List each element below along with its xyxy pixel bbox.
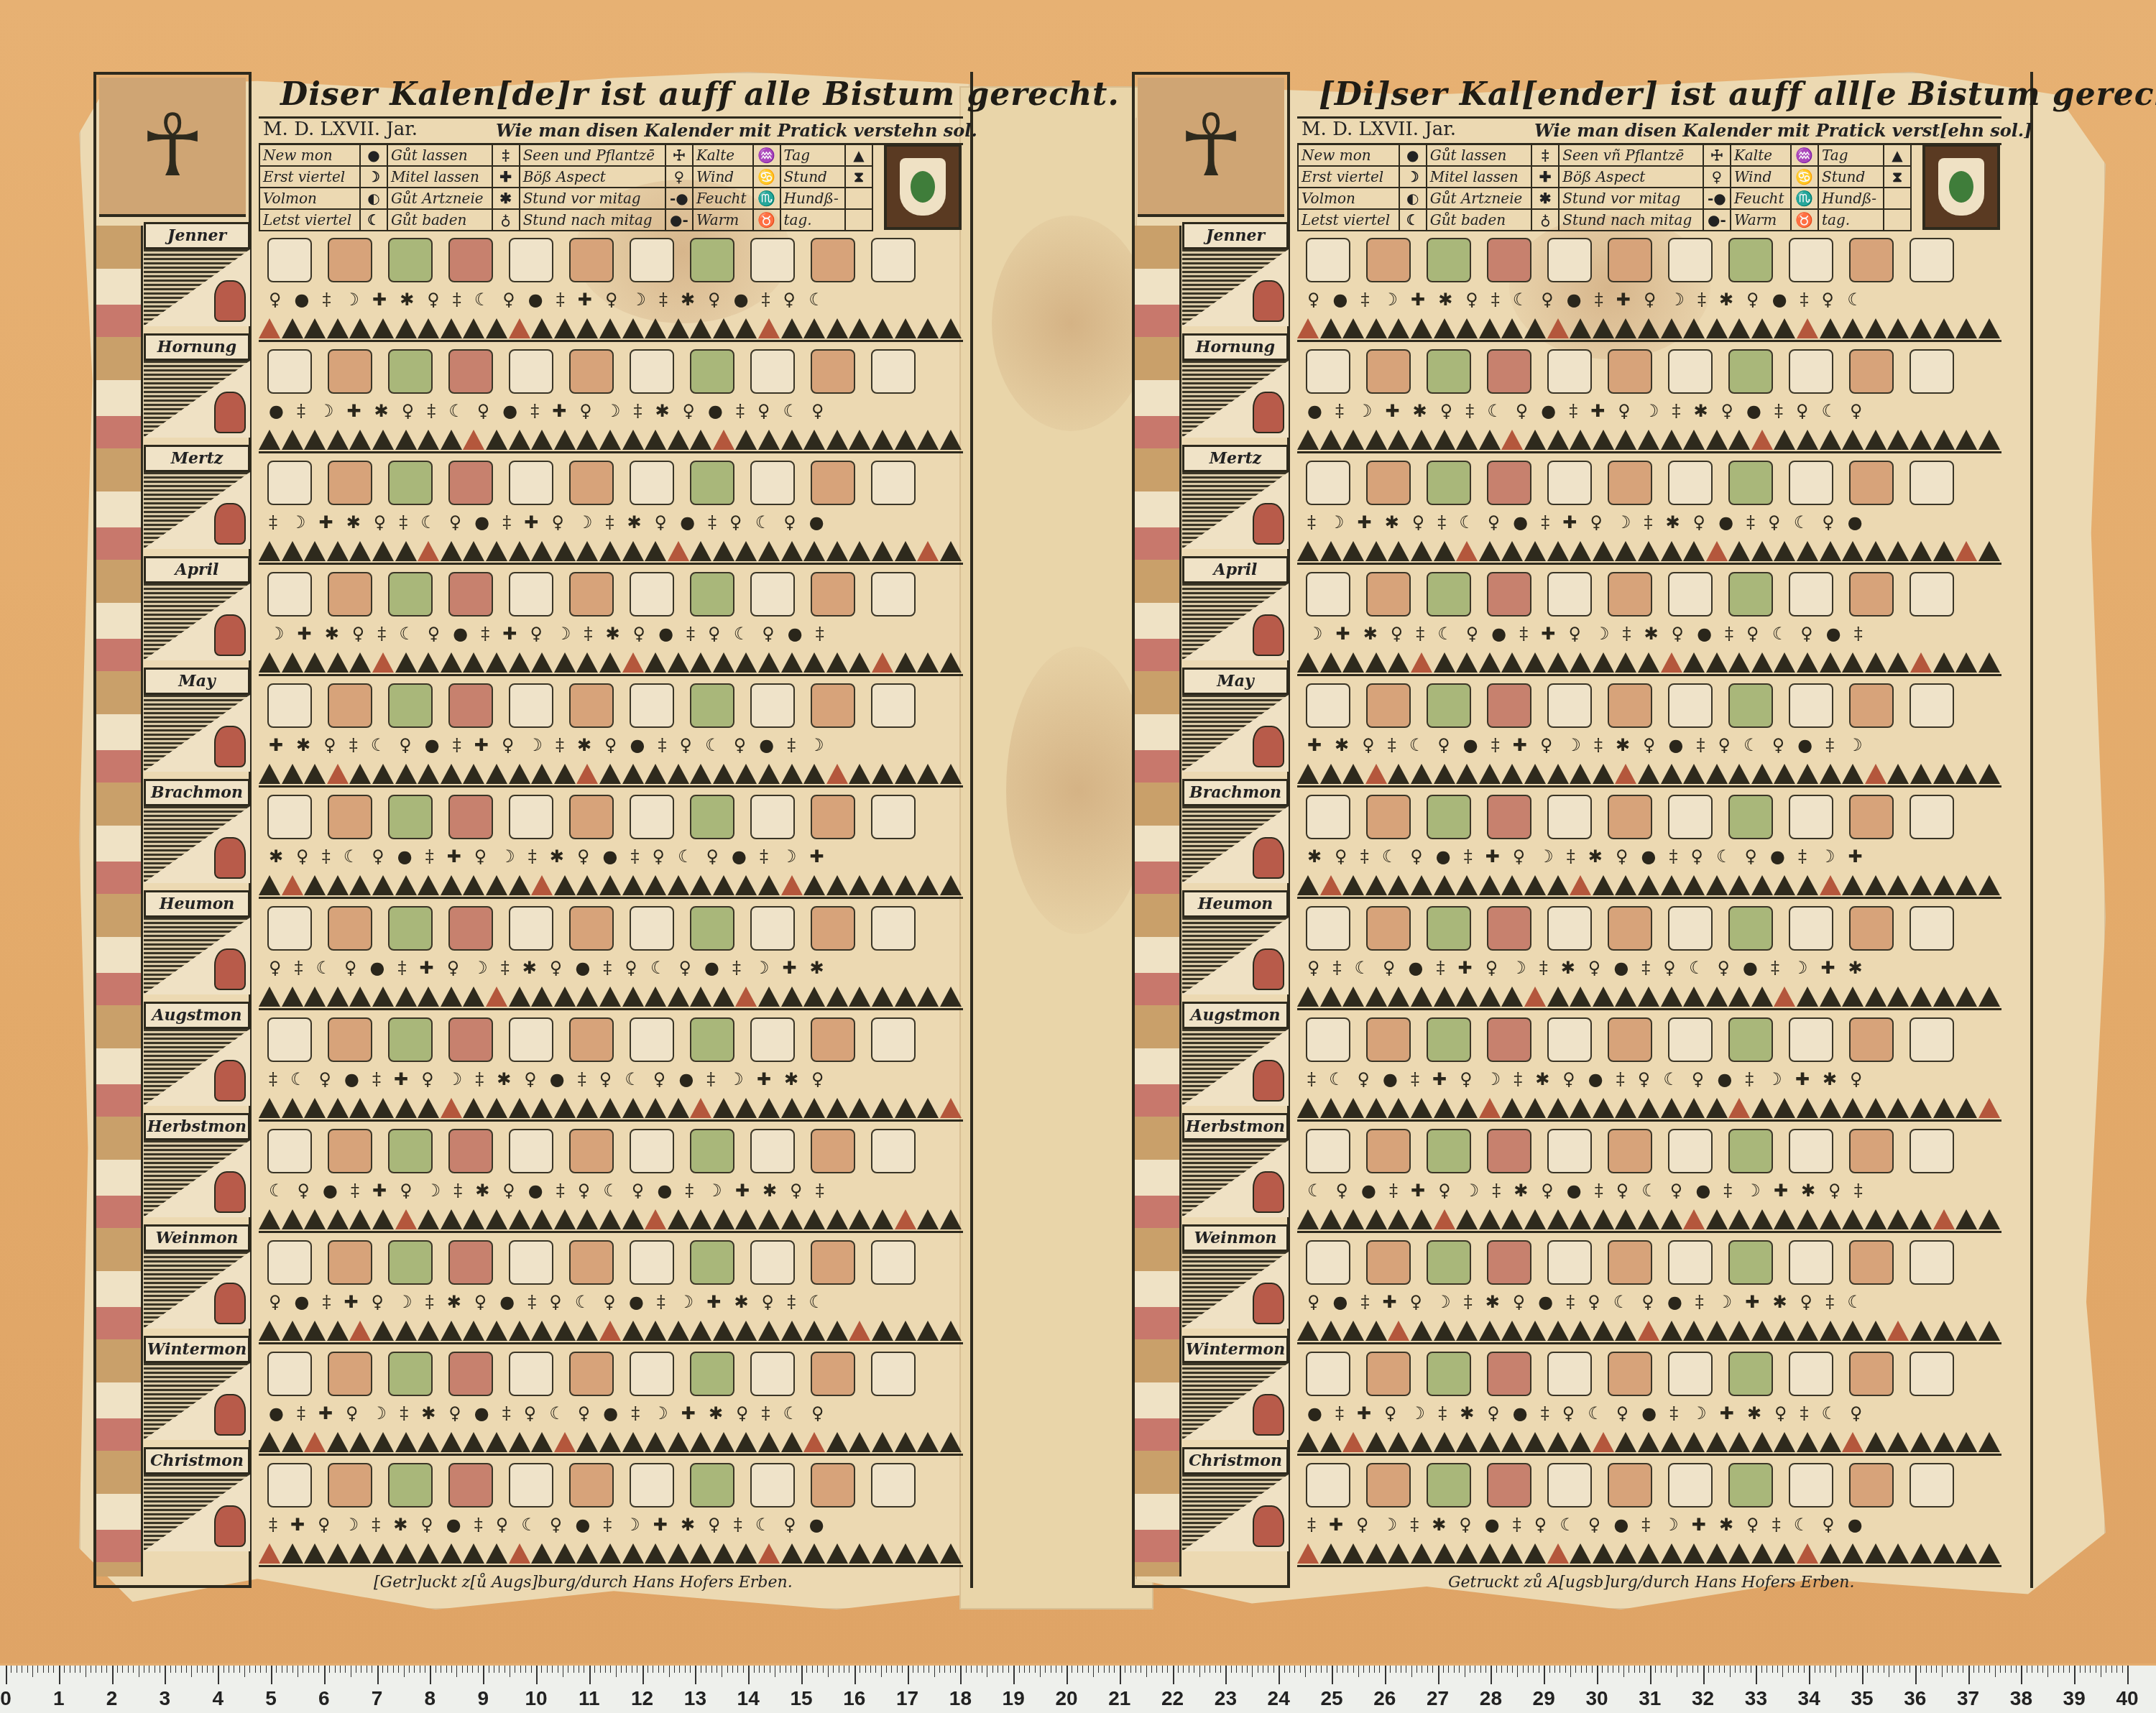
astro-symbol-icon: ‡ xyxy=(297,1403,305,1429)
astro-symbol-icon: ‡ xyxy=(762,1403,770,1429)
figure-icon xyxy=(1253,1283,1284,1324)
calendar-month-row: ♀‡☾♀●‡✚♀☽‡✱♀●‡♀☾♀●‡☽✚✱ xyxy=(259,902,963,1013)
day-triangle-icon xyxy=(1320,987,1342,1007)
astro-symbol-icon: ♀ xyxy=(1828,1181,1841,1206)
day-triangle-icon xyxy=(917,1209,939,1229)
month-panel-wintermon: Wintermon xyxy=(1182,1336,1290,1440)
astro-symbol-icon: ‡ xyxy=(1307,1069,1316,1095)
day-triangle-icon xyxy=(1501,1098,1523,1118)
day-triangle-icon xyxy=(1638,1321,1659,1341)
astro-symbol-icon: ♀ xyxy=(346,1403,359,1429)
day-triangle-icon xyxy=(486,1543,507,1564)
day-triangle-icon xyxy=(826,318,848,338)
ruler-tick xyxy=(1793,1666,1794,1673)
month-panel-april: April xyxy=(1182,556,1290,660)
day-triangle-icon xyxy=(1524,1209,1546,1229)
day-triangle-icon xyxy=(531,987,553,1007)
ruler-tick xyxy=(139,1666,139,1677)
astro-symbol-icon: ‡ xyxy=(425,1292,434,1318)
day-triangle-icon xyxy=(1593,652,1614,673)
ruler-tick xyxy=(1581,1666,1582,1673)
legend-symbol-icon xyxy=(1884,188,1911,209)
month-panel-heumon: Heumon xyxy=(1182,890,1290,994)
saint-pictogram-icon xyxy=(1608,1463,1652,1507)
day-triangle-icon xyxy=(1570,1098,1591,1118)
saint-pictogram-icon xyxy=(388,238,433,282)
astro-symbol-icon: ♀ xyxy=(372,846,384,872)
day-triangle-icon xyxy=(1661,1321,1682,1341)
saint-pictogram-icon xyxy=(1487,572,1531,617)
astro-symbol-icon: ● xyxy=(1333,1292,1348,1318)
ruler-tick xyxy=(1713,1666,1714,1673)
legend-label: Hundß- xyxy=(1818,188,1884,209)
legend-label: Böß Aspect xyxy=(1559,166,1703,188)
day-triangle-icon xyxy=(531,1321,553,1341)
figure-icon xyxy=(214,1505,246,1547)
saint-day-pictograms xyxy=(1297,1463,2010,1513)
astro-symbol-icon: ♀ xyxy=(1459,1515,1472,1541)
day-triangle-icon xyxy=(1615,541,1636,561)
day-triangle-icon xyxy=(849,764,870,784)
ruler-tick xyxy=(886,1666,887,1673)
day-triangle-icon xyxy=(395,1321,417,1341)
saint-pictogram-icon xyxy=(1366,1352,1411,1396)
day-triangle-icon xyxy=(622,1209,644,1229)
saint-pictogram-icon xyxy=(1909,683,1954,728)
legend-symbol-icon: ♉ xyxy=(1791,209,1818,231)
ruler-tick xyxy=(1697,1666,1698,1673)
day-triangle-icon xyxy=(1797,764,1818,784)
month-panel-weinmon: Weinmon xyxy=(1182,1224,1290,1329)
day-triangle-row xyxy=(1297,318,2001,342)
month-panel-christmon: Christmon xyxy=(144,1447,252,1551)
astro-symbol-icon: ‡ xyxy=(528,1292,536,1318)
day-triangle-icon xyxy=(599,987,621,1007)
day-triangle-icon xyxy=(895,318,916,338)
ruler-tick xyxy=(1926,1666,1927,1673)
month-panel-hornung: Hornung xyxy=(144,333,252,438)
ruler-tick xyxy=(998,1666,998,1673)
day-triangle-icon xyxy=(1638,1432,1659,1452)
day-triangle-icon xyxy=(1524,541,1546,561)
day-triangle-icon xyxy=(1774,764,1795,784)
foxing-stain xyxy=(1006,647,1150,934)
saint-pictogram-icon xyxy=(267,683,312,728)
saint-pictogram-icon xyxy=(448,1352,493,1396)
day-triangle-icon xyxy=(1774,1209,1795,1229)
day-triangle-icon xyxy=(1820,430,1841,450)
day-triangle-icon xyxy=(1978,1543,2000,1564)
day-triangle-icon xyxy=(872,875,893,895)
day-triangle-icon xyxy=(668,1098,689,1118)
figure-icon xyxy=(1253,1394,1284,1436)
day-triangle-icon xyxy=(1388,1432,1409,1452)
astrological-symbols: ‡✚♀☽‡✱♀●‡♀☾♀●‡☽✚✱♀‡☾♀● xyxy=(259,1515,973,1541)
day-triangle-icon xyxy=(1501,318,1523,338)
day-triangle-icon xyxy=(1933,430,1955,450)
day-triangle-icon xyxy=(509,875,530,895)
ruler-tick xyxy=(292,1666,293,1673)
ruler-tick xyxy=(37,1666,38,1673)
day-triangle-icon xyxy=(1593,1543,1614,1564)
astro-symbol-icon: ♀ xyxy=(399,735,412,761)
saint-day-pictograms xyxy=(1297,906,2010,956)
ruler-label: 37 xyxy=(1957,1687,1979,1710)
astro-symbol-icon: ♀ xyxy=(1644,290,1657,315)
saint-pictogram-icon xyxy=(1668,572,1713,617)
day-triangle-icon xyxy=(509,652,530,673)
day-triangle-icon xyxy=(872,1209,893,1229)
astro-symbol-icon: ☽ xyxy=(1382,1515,1398,1541)
legend-symbol-icon: ◐ xyxy=(360,188,387,209)
ruler-tick xyxy=(653,1666,653,1673)
day-triangle-icon xyxy=(1955,987,1977,1007)
day-triangle-icon xyxy=(1842,875,1864,895)
astro-symbol-icon: ‡ xyxy=(475,1069,484,1095)
ruler-tick xyxy=(610,1666,611,1673)
saint-pictogram-icon xyxy=(1728,238,1773,282)
day-triangle-icon xyxy=(872,430,893,450)
legend-label: Kalte xyxy=(693,144,753,166)
day-triangle-icon xyxy=(1683,987,1705,1007)
ruler-tick xyxy=(356,1666,356,1673)
saint-pictogram-icon xyxy=(328,572,372,617)
decorative-sun-strip xyxy=(1135,226,1181,1576)
astro-symbol-icon: ● xyxy=(809,1515,824,1541)
ruler-tick xyxy=(1183,1666,1184,1673)
ruler-tick xyxy=(112,1666,114,1684)
astro-symbol-icon: ✱ xyxy=(346,512,361,538)
astro-symbol-icon: ✱ xyxy=(497,1069,511,1095)
saint-pictogram-icon xyxy=(1728,1240,1773,1285)
astro-symbol-icon: ☽ xyxy=(1435,1292,1451,1318)
astro-symbol-icon: ♀ xyxy=(1465,290,1478,315)
month-label: Jenner xyxy=(1182,222,1289,249)
astro-symbol-icon: ♀ xyxy=(1717,958,1730,984)
day-triangle-icon xyxy=(1547,764,1569,784)
astro-symbol-icon: ♀ xyxy=(1534,1515,1547,1541)
saint-day-pictograms xyxy=(259,1017,972,1068)
ruler-tick xyxy=(1067,1666,1068,1684)
day-triangle-icon xyxy=(1388,1098,1409,1118)
astro-symbol-icon: ● xyxy=(1669,735,1684,761)
saint-pictogram-icon xyxy=(569,1240,614,1285)
calendar-month-row: ●‡✚♀☽‡✱♀●‡♀☾♀●‡☽✚✱♀‡☾♀ xyxy=(259,1347,963,1459)
day-triangle-icon xyxy=(668,652,689,673)
day-triangle-icon xyxy=(826,541,848,561)
day-triangle-icon xyxy=(826,1321,848,1341)
astro-symbol-icon: ♀ xyxy=(578,1403,591,1429)
astro-symbol-icon: ‡ xyxy=(633,401,642,427)
astro-symbol-icon: ✚ xyxy=(318,1403,333,1429)
legend-label: Gůt baden xyxy=(1427,209,1532,231)
ruler-label: 24 xyxy=(1268,1687,1290,1710)
ruler-tick xyxy=(1549,1666,1550,1673)
day-triangle-icon xyxy=(735,875,757,895)
legend-label: Feucht xyxy=(693,188,753,209)
day-triangle-icon xyxy=(1434,430,1455,450)
astro-symbol-icon: ✚ xyxy=(420,958,434,984)
day-triangle-icon xyxy=(1638,541,1659,561)
saint-pictogram-icon xyxy=(1487,349,1531,394)
ruler-tick xyxy=(1703,1666,1705,1684)
astro-symbol-icon: ● xyxy=(397,846,413,872)
astro-symbol-icon: ‡ xyxy=(685,1181,694,1206)
ruler-tick xyxy=(775,1666,775,1677)
ruler-tick xyxy=(2021,1666,2022,1684)
day-triangle-icon xyxy=(758,318,780,338)
astro-symbol-icon: ✱ xyxy=(374,401,389,427)
ruler-tick xyxy=(690,1666,691,1673)
ruler-tick xyxy=(1528,1666,1529,1673)
day-triangle-icon xyxy=(1728,875,1750,895)
day-triangle-icon xyxy=(713,318,734,338)
day-triangle-icon xyxy=(1683,541,1705,561)
saint-pictogram-icon xyxy=(388,461,433,505)
day-triangle-icon xyxy=(690,1098,711,1118)
day-triangle-icon xyxy=(1479,318,1501,338)
day-triangle-icon xyxy=(1365,1098,1387,1118)
legend-symbol-icon: ⧗ xyxy=(1884,166,1911,188)
legend-symbol-icon: ✚ xyxy=(1531,166,1559,188)
astro-symbol-icon: ‡ xyxy=(1672,401,1680,427)
day-triangle-icon xyxy=(1706,764,1728,784)
astro-symbol-icon: ✚ xyxy=(1411,1181,1425,1206)
astro-symbol-icon: ♀ xyxy=(1562,1069,1575,1095)
ruler-tick xyxy=(27,1666,28,1673)
astro-symbol-icon: ☾ xyxy=(1437,624,1453,650)
ruler-tick xyxy=(1268,1666,1268,1673)
ruler-tick xyxy=(1507,1666,1508,1673)
month-panel-may: May xyxy=(1182,668,1290,772)
day-triangle-icon xyxy=(1638,1209,1659,1229)
ruler-tick xyxy=(1761,1666,1762,1673)
astro-symbol-icon: ✚ xyxy=(1692,1515,1706,1541)
figure-icon xyxy=(214,1283,246,1324)
day-triangle-icon xyxy=(509,1209,530,1229)
day-triangle-icon xyxy=(713,1321,734,1341)
day-triangle-icon xyxy=(327,987,349,1007)
day-triangle-icon xyxy=(690,541,711,561)
day-triangle-icon xyxy=(1320,764,1342,784)
astro-symbol-icon: ♀ xyxy=(449,512,462,538)
astro-symbol-icon: ‡ xyxy=(1513,1515,1521,1541)
day-triangle-icon xyxy=(282,318,303,338)
ruler-tick xyxy=(149,1666,149,1673)
day-triangle-icon xyxy=(1978,875,2000,895)
day-triangle-icon xyxy=(1570,875,1591,895)
astro-symbol-icon: ● xyxy=(370,958,385,984)
day-triangle-icon xyxy=(1365,430,1387,450)
astrological-symbols: ‡☾♀●‡✚♀☽‡✱♀●‡♀☾♀●‡☽✚✱♀ xyxy=(1297,1069,2012,1095)
astro-symbol-icon: ♀ xyxy=(1768,512,1781,538)
day-triangle-icon xyxy=(1547,430,1569,450)
day-triangle-icon xyxy=(599,875,621,895)
month-panel-may: May xyxy=(144,668,252,772)
saint-pictogram-icon xyxy=(1427,795,1471,839)
legend-label: Feucht xyxy=(1731,188,1791,209)
ruler-tick xyxy=(1644,1666,1645,1673)
astro-symbol-icon: ‡ xyxy=(1669,846,1677,872)
saint-pictogram-icon xyxy=(871,1463,916,1507)
astro-symbol-icon: ✚ xyxy=(653,1515,668,1541)
astro-symbol-icon: ♀ xyxy=(1307,958,1320,984)
ruler-label: 8 xyxy=(425,1687,436,1710)
day-triangle-icon xyxy=(645,318,666,338)
saint-pictogram-icon xyxy=(1608,1129,1652,1173)
saint-pictogram-icon xyxy=(1909,1240,1954,1285)
day-triangle-icon xyxy=(1501,430,1523,450)
astro-symbol-icon: ✱ xyxy=(325,624,339,650)
day-triangle-icon xyxy=(554,987,576,1007)
day-triangle-icon xyxy=(1524,1321,1546,1341)
day-triangle-icon xyxy=(441,764,462,784)
saint-pictogram-icon xyxy=(267,461,312,505)
astro-symbol-icon: ☾ xyxy=(521,1515,537,1541)
day-triangle-icon xyxy=(1434,1432,1455,1452)
saint-pictogram-icon xyxy=(811,1240,855,1285)
month-label: Hornung xyxy=(1182,333,1289,361)
astro-symbol-icon: ♀ xyxy=(1541,1181,1554,1206)
legend-symbol-icon: ✚ xyxy=(492,166,520,188)
legend-row: New mon●Gůt lassen‡Seen vñ Pflantzē☩Kalt… xyxy=(1298,144,1911,166)
astro-symbol-icon: ✚ xyxy=(681,1403,696,1429)
day-triangle-icon xyxy=(849,1098,870,1118)
day-triangle-icon xyxy=(1842,1432,1864,1452)
ruler-tick xyxy=(1406,1666,1406,1673)
calendar-month-row: ‡☽✚✱♀‡☾♀●‡✚♀☽‡✱♀●‡♀☾♀● xyxy=(1297,456,2001,568)
astro-symbol-icon: ☽ xyxy=(447,1069,463,1095)
astro-symbol-icon: ☽ xyxy=(1745,1181,1761,1206)
day-triangle-icon xyxy=(781,764,803,784)
day-triangle-icon xyxy=(1456,987,1478,1007)
day-triangle-icon xyxy=(486,1432,507,1452)
astro-symbol-icon: ‡ xyxy=(400,1403,408,1429)
astro-symbol-icon: ● xyxy=(295,290,310,315)
ruler-tick xyxy=(313,1666,314,1673)
astro-symbol-icon: ✚ xyxy=(344,1292,359,1318)
saint-pictogram-icon xyxy=(1849,1352,1894,1396)
saint-pictogram-icon xyxy=(750,1352,795,1396)
astro-symbol-icon: ♀ xyxy=(474,846,487,872)
saint-pictogram-icon xyxy=(1849,349,1894,394)
astro-symbol-icon: ‡ xyxy=(372,1069,381,1095)
saint-pictogram-icon xyxy=(1668,795,1713,839)
day-triangle-icon xyxy=(509,1098,530,1118)
day-triangle-icon xyxy=(895,875,916,895)
ruler-tick xyxy=(1862,1666,1864,1684)
astrological-symbols: ●‡☽✚✱♀‡☾♀●‡✚♀☽‡✱♀●‡♀☾♀ xyxy=(1297,401,2012,427)
saint-pictogram-icon xyxy=(1849,1129,1894,1173)
astro-symbol-icon: ✚ xyxy=(290,1515,305,1541)
ruler-tick xyxy=(589,1666,591,1684)
astro-symbol-icon: ● xyxy=(1697,624,1712,650)
astro-symbol-icon: ● xyxy=(269,401,284,427)
saint-pictogram-icon xyxy=(1427,1352,1471,1396)
ruler-tick xyxy=(1167,1666,1168,1673)
ruler-tick xyxy=(1958,1666,1958,1673)
day-triangle-icon xyxy=(849,1209,870,1229)
saint-pictogram-icon xyxy=(1366,1463,1411,1507)
coat-of-arms-icon xyxy=(884,144,962,230)
ruler-tick xyxy=(1220,1666,1221,1673)
saint-pictogram-icon xyxy=(811,1129,855,1173)
astro-symbol-icon: ♀ xyxy=(1588,958,1601,984)
ruler-tick xyxy=(393,1666,394,1673)
ruler-tick xyxy=(939,1666,940,1673)
saint-day-pictograms xyxy=(259,349,972,400)
ruler-tick xyxy=(1544,1666,1545,1684)
saint-pictogram-icon xyxy=(811,572,855,617)
day-triangle-icon xyxy=(1297,987,1319,1007)
saint-pictogram-icon xyxy=(690,1017,734,1062)
day-triangle-icon xyxy=(304,1209,326,1229)
astro-symbol-icon: ♀ xyxy=(502,1181,515,1206)
figure-icon xyxy=(1253,837,1284,879)
astro-symbol-icon: ☽ xyxy=(1717,1292,1733,1318)
day-triangle-icon xyxy=(1706,1098,1728,1118)
day-triangle-icon xyxy=(599,652,621,673)
ruler-tick xyxy=(1242,1666,1243,1673)
astro-symbol-icon: ‡ xyxy=(1514,1069,1522,1095)
day-triangle-icon xyxy=(713,652,734,673)
day-triangle-icon xyxy=(418,1321,439,1341)
ruler-tick xyxy=(1215,1666,1216,1673)
day-triangle-icon xyxy=(463,987,484,1007)
day-triangle-icon xyxy=(1706,541,1728,561)
astro-symbol-icon: ♀ xyxy=(1391,624,1404,650)
saint-pictogram-icon xyxy=(509,683,553,728)
saint-pictogram-icon xyxy=(509,1017,553,1062)
day-triangle-icon xyxy=(1661,1209,1682,1229)
ruler-tick xyxy=(600,1666,601,1673)
astro-symbol-icon: ☾ xyxy=(1847,290,1863,315)
saint-pictogram-icon xyxy=(1909,572,1954,617)
day-triangle-icon xyxy=(1365,764,1387,784)
saint-pictogram-icon xyxy=(630,906,674,951)
ruler-tick xyxy=(913,1666,913,1673)
astro-symbol-icon: ☽ xyxy=(1383,290,1399,315)
day-triangle-icon xyxy=(441,430,462,450)
ruler-tick xyxy=(1056,1666,1056,1673)
ruler-tick xyxy=(456,1666,457,1677)
legend-label: Wind xyxy=(1731,166,1791,188)
month-label: Mertz xyxy=(1182,445,1289,472)
day-triangle-icon xyxy=(1865,875,1886,895)
astro-symbol-icon: ♀ xyxy=(579,401,592,427)
day-triangle-icon xyxy=(486,652,507,673)
astro-symbol-icon: ● xyxy=(1567,1181,1582,1206)
day-triangle-icon xyxy=(349,764,371,784)
day-triangle-icon xyxy=(486,987,507,1007)
ruler-tick xyxy=(1835,1666,1836,1677)
saint-pictogram-icon xyxy=(1427,683,1471,728)
ruler-tick xyxy=(1884,1666,1884,1673)
saint-pictogram-icon xyxy=(1427,1017,1471,1062)
astrological-symbols: ✱♀‡☾♀●‡✚♀☽‡✱♀●‡♀☾♀●‡☽✚ xyxy=(1297,846,2012,872)
day-triangle-icon xyxy=(1570,1321,1591,1341)
ruler-tick xyxy=(1830,1666,1831,1673)
ruler-tick xyxy=(908,1666,909,1684)
saint-pictogram-icon xyxy=(1789,1240,1833,1285)
ruler-tick xyxy=(1878,1666,1879,1673)
day-triangle-icon xyxy=(1456,1543,1478,1564)
ruler-label: 0 xyxy=(0,1687,11,1710)
day-triangle-icon xyxy=(1388,875,1409,895)
astro-symbol-icon: ‡ xyxy=(1333,958,1342,984)
day-triangle-icon xyxy=(895,652,916,673)
ruler-tick xyxy=(478,1666,479,1673)
